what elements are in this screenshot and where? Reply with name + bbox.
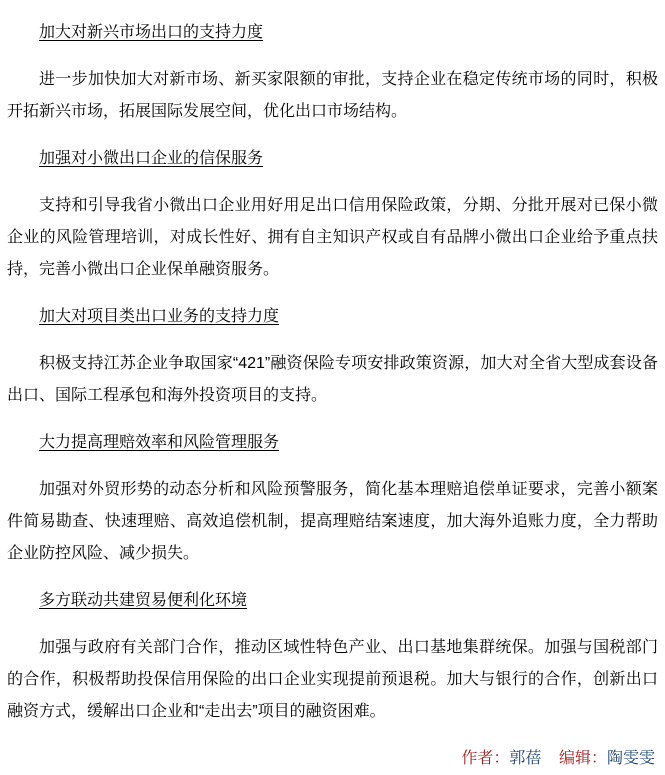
section-paragraph-1: 进一步加快加大对新市场、新买家限额的审批，支持企业在稳定传统市场的同时，积极开拓…	[7, 64, 658, 128]
section-heading-2-text: 加强对小微出口企业的信保服务	[39, 150, 263, 167]
section-paragraph-2: 支持和引导我省小微出口企业用好用足出口信用保险政策，分期、分批开展对已保小微企业…	[7, 190, 658, 286]
section-heading-5: 多方联动共建贸易便利化环境	[7, 585, 658, 617]
section-heading-1: 加大对新兴市场出口的支持力度	[7, 17, 658, 49]
article-page: 加大对新兴市场出口的支持力度 进一步加快加大对新市场、新买家限额的审批，支持企业…	[0, 0, 665, 775]
section-paragraph-3: 积极支持江苏企业争取国家“421”融资保险专项安排政策资源，加大对全省大型成套设…	[7, 348, 658, 412]
section-heading-3: 加大对项目类出口业务的支持力度	[7, 301, 658, 333]
section-heading-3-text: 加大对项目类出口业务的支持力度	[39, 308, 279, 325]
section-paragraph-5: 加强与政府有关部门合作，推动区域性特色产业、出口基地集群统保。加强与国税部门的合…	[7, 632, 658, 728]
section-heading-1-text: 加大对新兴市场出口的支持力度	[39, 24, 263, 41]
byline: 作者：郭蓓编辑：陶雯雯	[7, 743, 655, 775]
section-heading-4: 大力提高理赔效率和风险管理服务	[7, 427, 658, 459]
section-heading-4-text: 大力提高理赔效率和风险管理服务	[39, 434, 279, 451]
section-heading-5-text: 多方联动共建贸易便利化环境	[39, 592, 247, 609]
author-name: 郭蓓	[509, 750, 541, 767]
section-heading-2: 加强对小微出口企业的信保服务	[7, 143, 658, 175]
author-label: 作者：	[461, 750, 509, 767]
editor-label: 编辑：	[559, 750, 607, 767]
section-paragraph-4: 加强对外贸形势的动态分析和风险预警服务，简化基本理赔追偿单证要求，完善小额案件简…	[7, 474, 658, 570]
editor-name: 陶雯雯	[607, 750, 655, 767]
